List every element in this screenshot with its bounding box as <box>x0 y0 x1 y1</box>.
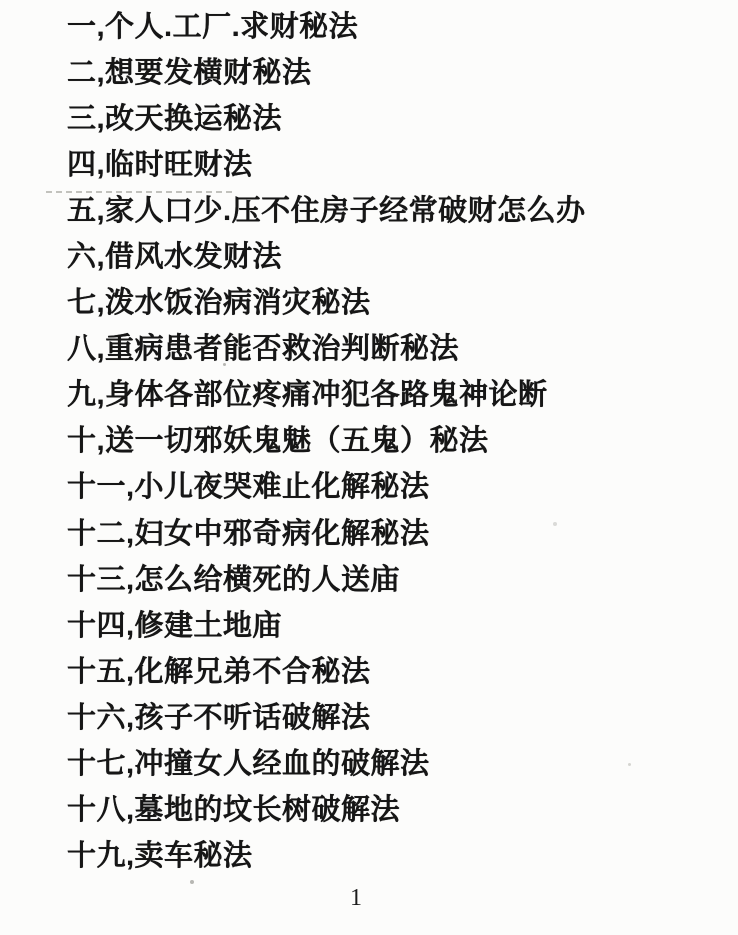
toc-item: 十四,修建土地庙 <box>67 600 728 646</box>
toc-item: 十一,小儿夜哭难止化解秘法 <box>67 462 728 508</box>
toc-item: 十八,墓地的坟长树破解法 <box>67 785 728 831</box>
toc-item: 二,想要发横财秘法 <box>67 47 728 93</box>
toc-item: 三,改天换运秘法 <box>67 93 728 139</box>
scan-speck <box>190 880 194 884</box>
toc-item: 十九,卖车秘法 <box>67 831 728 877</box>
toc-item: 七,泼水饭治病消灾秘法 <box>67 278 728 324</box>
toc-item: 十五,化解兄弟不合秘法 <box>67 646 728 692</box>
toc-item: 十,送一切邪妖鬼魅（五鬼）秘法 <box>67 416 728 462</box>
toc-item: 十三,怎么给横死的人送庙 <box>67 554 728 600</box>
toc-list: 一,个人.工厂.求财秘法二,想要发横财秘法三,改天换运秘法四,临时旺财法五,家人… <box>67 1 728 877</box>
toc-item: 十二,妇女中邪奇病化解秘法 <box>67 508 728 554</box>
scan-speck <box>628 763 631 766</box>
scan-speck <box>553 522 557 526</box>
page-number: 1 <box>0 885 712 912</box>
scan-speck <box>223 363 226 366</box>
toc-item: 九,身体各部位疼痛冲犯各路鬼神论断 <box>67 370 728 416</box>
toc-item: 六,借风水发财法 <box>67 231 728 277</box>
toc-item: 四,临时旺财法 <box>67 139 728 185</box>
toc-item: 十七,冲撞女人经血的破解法 <box>67 739 728 785</box>
toc-item: 十六,孩子不听话破解法 <box>67 692 728 738</box>
scanned-document-page: 一,个人.工厂.求财秘法二,想要发横财秘法三,改天换运秘法四,临时旺财法五,家人… <box>0 0 738 935</box>
toc-item: 一,个人.工厂.求财秘法 <box>67 1 728 47</box>
scan-artifact-dash <box>46 191 232 193</box>
toc-item: 八,重病患者能否救治判断秘法 <box>67 324 728 370</box>
